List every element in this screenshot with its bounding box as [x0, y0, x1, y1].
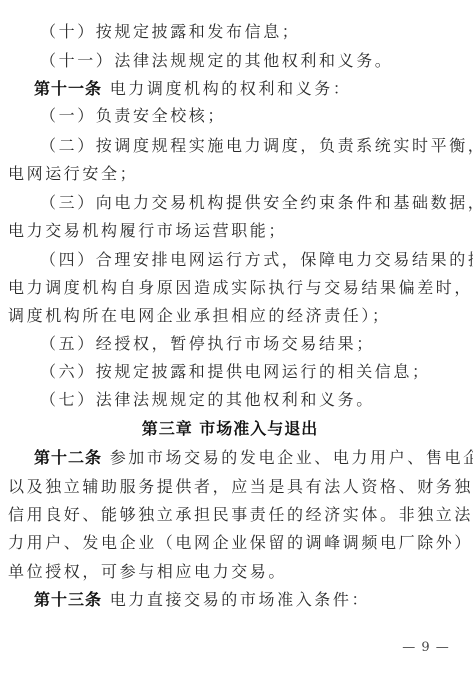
item-4-cont-2: 调度机构所在电网企业承担相应的经济责任）；	[8, 306, 448, 326]
item-2-cont: 电网运行安全；	[8, 164, 448, 184]
item-3: （三）向电力交易机构提供安全约束条件和基础数据，配合	[40, 193, 473, 213]
item-4-cont-1: 电力调度机构自身原因造成实际执行与交易结果偏差时，由电力	[8, 278, 448, 298]
item-7: （七）法律法规规定的其他权利和义务。	[40, 390, 473, 410]
item-6: （六）按规定披露和提供电网运行的相关信息；	[40, 362, 473, 382]
article-13-label: 第十三条	[34, 590, 102, 609]
article-11: 第十一条 电力调度机构的权利和义务：	[34, 79, 473, 99]
page-number: — 9 —	[400, 638, 452, 658]
item-11: （十一）法律法规规定的其他权利和义务。	[40, 51, 473, 71]
article-13-text: 电力直接交易的市场准入条件：	[102, 590, 370, 609]
item-3-cont: 电力交易机构履行市场运营职能；	[8, 221, 448, 241]
article-12-text: 参加市场交易的发电企业、电力用户、售电企业	[102, 448, 473, 467]
article-12: 第十二条 参加市场交易的发电企业、电力用户、售电企业	[34, 448, 473, 468]
article-11-label: 第十一条	[34, 79, 102, 98]
article-12-cont-4: 单位授权，可参与相应电力交易。	[8, 562, 448, 582]
article-12-cont-1: 以及独立辅助服务提供者，应当是具有法人资格、财务独立核算、	[8, 477, 448, 497]
item-1: （一）负责安全校核；	[40, 106, 473, 126]
article-13: 第十三条 电力直接交易的市场准入条件：	[34, 590, 473, 610]
item-5: （五）经授权，暂停执行市场交易结果；	[40, 334, 473, 354]
item-10: （十）按规定披露和发布信息；	[40, 22, 473, 42]
article-12-cont-3: 力用户、发电企业（电网企业保留的调峰调频电厂除外）经法人	[8, 533, 448, 553]
article-12-label: 第十二条	[34, 448, 102, 467]
item-4: （四）合理安排电网运行方式，保障电力交易结果的执行（因	[40, 250, 473, 270]
article-11-text: 电力调度机构的权利和义务：	[102, 79, 352, 98]
chapter-title: 第三章 市场准入与退出	[0, 419, 460, 439]
document-page: （十）按规定披露和发布信息； （十一）法律法规规定的其他权利和义务。 第十一条 …	[0, 0, 473, 673]
article-12-cont-2: 信用良好、能够独立承担民事责任的经济实体。非独立法人的电	[8, 505, 448, 525]
item-2: （二）按调度规程实施电力调度，负责系统实时平衡，确保	[40, 136, 473, 156]
